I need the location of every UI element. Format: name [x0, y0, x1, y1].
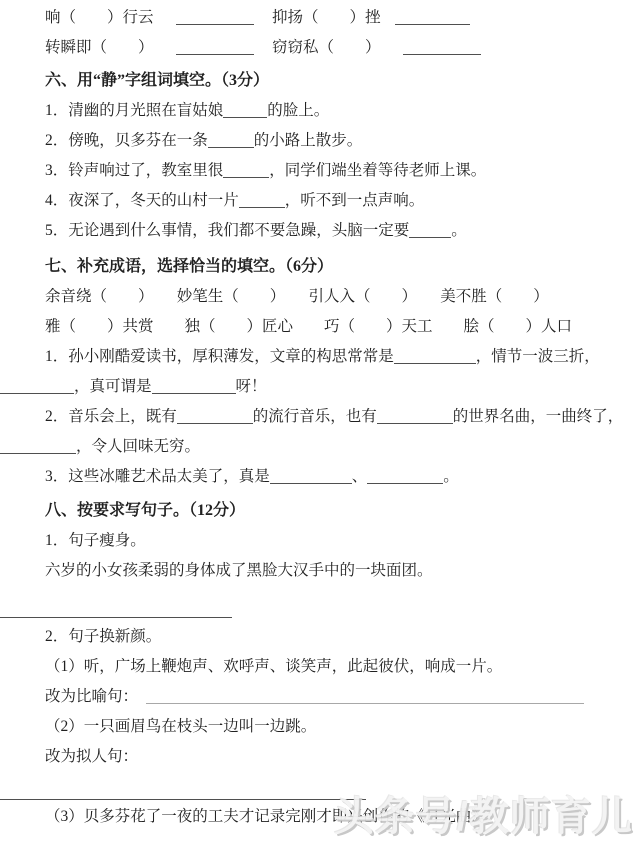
worksheet-page: 响（ ）行云抑扬（ ）挫转瞬即（ ）窃窃私（ ）六、用“静”字组词填空。（3分）… — [0, 0, 636, 842]
text-run: 5．无论遇到什么事情，我们都不要急躁，头脑一定要 — [45, 222, 409, 239]
s6-item-5: 5．无论遇到什么事情，我们都不要急躁，头脑一定要。 — [0, 216, 636, 246]
text-run: 2．傍晚，贝多芬在一条 — [45, 132, 208, 149]
text-run: 3．这些冰雕艺术品太美了，真是 — [45, 468, 270, 485]
answer-blank — [239, 193, 285, 208]
s7-item-2-line-1: 2．音乐会上，既有的流行音乐，也有的世界名曲，一曲终了， — [0, 402, 636, 432]
answer-blank — [208, 133, 254, 148]
text-run: ，同学们端坐着等待老师上课。 — [269, 162, 486, 179]
s6-item-4: 4．夜深了，冬天的山村一片，听不到一点声响。 — [0, 186, 636, 216]
answer-blank — [377, 409, 453, 424]
text-run: 七、补充成语，选择恰当的填空。（6分） — [45, 258, 333, 275]
column-1: 响（ ）行云 — [45, 3, 272, 33]
s7-item-1-line-2: ，真可谓是呀！ — [0, 372, 636, 402]
answer-blank — [0, 603, 232, 618]
text-run: 的世界名曲，一曲终了， — [453, 408, 624, 425]
answer-blank — [409, 223, 451, 238]
text-run: 1．句子瘦身。 — [45, 532, 146, 549]
s8-item-2-sub-2: （2）一只画眉鸟在枝头一边叫一边跳。 — [0, 712, 636, 742]
answer-blank — [176, 10, 254, 25]
text-run: 响（ ）行云 — [45, 9, 154, 26]
answer-blank — [0, 379, 74, 394]
fill-row-1: 响（ ）行云抑扬（ ）挫 — [0, 3, 636, 33]
s7-item-1-line-1: 1．孙小刚酷爱读书，厚积薄发，文章的构思常常是，情节一波三折， — [0, 342, 636, 372]
s8-item-2-sub-1-prompt: 改为比喻句： — [0, 682, 636, 712]
s8-item-2-sub-2-answer-line — [0, 784, 636, 802]
s8-item-1-answer-line — [0, 602, 636, 620]
s6-item-1: 1．清幽的月光照在盲姑娘的脸上。 — [0, 96, 636, 126]
text-run: 2．句子换新颜。 — [45, 628, 161, 645]
s8-item-1-sentence: 六岁的小女孩柔弱的身体成了黑脸大汉手中的一块面团。 — [0, 556, 636, 586]
text-run: 雅（ ）共赏 独（ ）匠心 巧（ ）天工 脍（ ）人口 — [45, 318, 572, 335]
answer-blank — [395, 10, 470, 25]
answer-blank — [152, 379, 236, 394]
column-2: 窃窃私（ ） — [272, 33, 636, 63]
text-run: 余音绕（ ） 妙笔生（ ） 引人入（ ） 美不胜（ ） — [45, 288, 549, 305]
text-run: 3．铃声响过了，教室里很 — [45, 162, 223, 179]
text-run: 1．孙小刚酷爱读书，厚积薄发，文章的构思常常是 — [45, 348, 394, 365]
s6-item-2: 2．傍晚，贝多芬在一条的小路上散步。 — [0, 126, 636, 156]
answer-blank — [403, 40, 481, 55]
s8-item-1-title: 1．句子瘦身。 — [0, 526, 636, 556]
text-run: 4．夜深了，冬天的山村一片 — [45, 192, 239, 209]
text-run: 、 — [352, 468, 368, 485]
text-run: 呀！ — [236, 378, 267, 395]
text-run: 抑扬（ ）挫 — [272, 9, 381, 26]
text-run: 2．音乐会上，既有 — [45, 408, 177, 425]
text-run: （3）贝多芬花了一夜的工夫才记录完刚才即兴创作的《月光曲》。 — [45, 808, 495, 825]
worksheet-body: 响（ ）行云抑扬（ ）挫转瞬即（ ）窃窃私（ ）六、用“静”字组词填空。（3分）… — [0, 0, 636, 832]
text-run: 八、按要求写句子。（12分） — [45, 502, 245, 519]
answer-blank — [367, 469, 443, 484]
s7-item-3: 3．这些冰雕艺术品太美了，真是、。 — [0, 462, 636, 492]
answer-blank — [223, 103, 267, 118]
text-run: ，情节一波三折， — [476, 348, 600, 365]
text-run: 1．清幽的月光照在盲姑娘 — [45, 102, 223, 119]
text-run: 六岁的小女孩柔弱的身体成了黑脸大汉手中的一块面团。 — [45, 562, 433, 579]
s8-item-2-sub-1: （1）听，广场上鞭炮声、欢呼声、谈笑声，此起彼伏，响成一片。 — [0, 652, 636, 682]
answer-blank — [0, 439, 76, 454]
text-run: 的脸上。 — [267, 102, 329, 119]
s7-idioms-row-2: 雅（ ）共赏 独（ ）匠心 巧（ ）天工 脍（ ）人口 — [0, 312, 636, 342]
answer-blank — [223, 163, 269, 178]
text-run: 改为比喻句： — [45, 688, 138, 705]
s6-item-3: 3．铃声响过了，教室里很，同学们端坐着等待老师上课。 — [0, 156, 636, 186]
text-run: 。 — [443, 468, 459, 485]
text-run: 窃窃私（ ） — [272, 39, 381, 56]
text-run: （1）听，广场上鞭炮声、欢呼声、谈笑声，此起彼伏，响成一片。 — [45, 658, 502, 675]
s7-item-2-line-2: ，令人回味无穷。 — [0, 432, 636, 462]
answer-blank — [270, 469, 352, 484]
text-run: 改为拟人句： — [45, 748, 138, 765]
section-6-header: 六、用“静”字组词填空。（3分） — [0, 66, 636, 96]
section-7-header: 七、补充成语，选择恰当的填空。（6分） — [0, 252, 636, 282]
s8-item-2-title: 2．句子换新颜。 — [0, 622, 636, 652]
text-run: 的流行音乐，也有 — [253, 408, 377, 425]
text-run: 的小路上散步。 — [254, 132, 363, 149]
section-8-header: 八、按要求写句子。（12分） — [0, 496, 636, 526]
text-run: 转瞬即（ ） — [45, 39, 154, 56]
text-run: ，令人回味无穷。 — [76, 438, 200, 455]
text-run: ，真可谓是 — [74, 378, 152, 395]
text-run: ，听不到一点声响。 — [285, 192, 425, 209]
s8-item-2-sub-2-prompt: 改为拟人句： — [0, 742, 636, 772]
s8-item-2-sub-3: （3）贝多芬花了一夜的工夫才记录完刚才即兴创作的《月光曲》。 — [0, 802, 636, 832]
text-run: 六、用“静”字组词填空。（3分） — [45, 72, 269, 89]
column-2: 抑扬（ ）挫 — [272, 3, 636, 33]
answer-blank — [176, 40, 254, 55]
s7-idioms-row-1: 余音绕（ ） 妙笔生（ ） 引人入（ ） 美不胜（ ） — [0, 282, 636, 312]
answer-blank — [0, 785, 366, 800]
text-run: （2）一只画眉鸟在枝头一边叫一边跳。 — [45, 718, 316, 735]
answer-blank — [394, 349, 476, 364]
column-1: 转瞬即（ ） — [45, 33, 272, 63]
answer-blank — [177, 409, 253, 424]
text-run: 。 — [451, 222, 467, 239]
answer-blank — [146, 689, 584, 704]
fill-row-2: 转瞬即（ ）窃窃私（ ） — [0, 33, 636, 63]
